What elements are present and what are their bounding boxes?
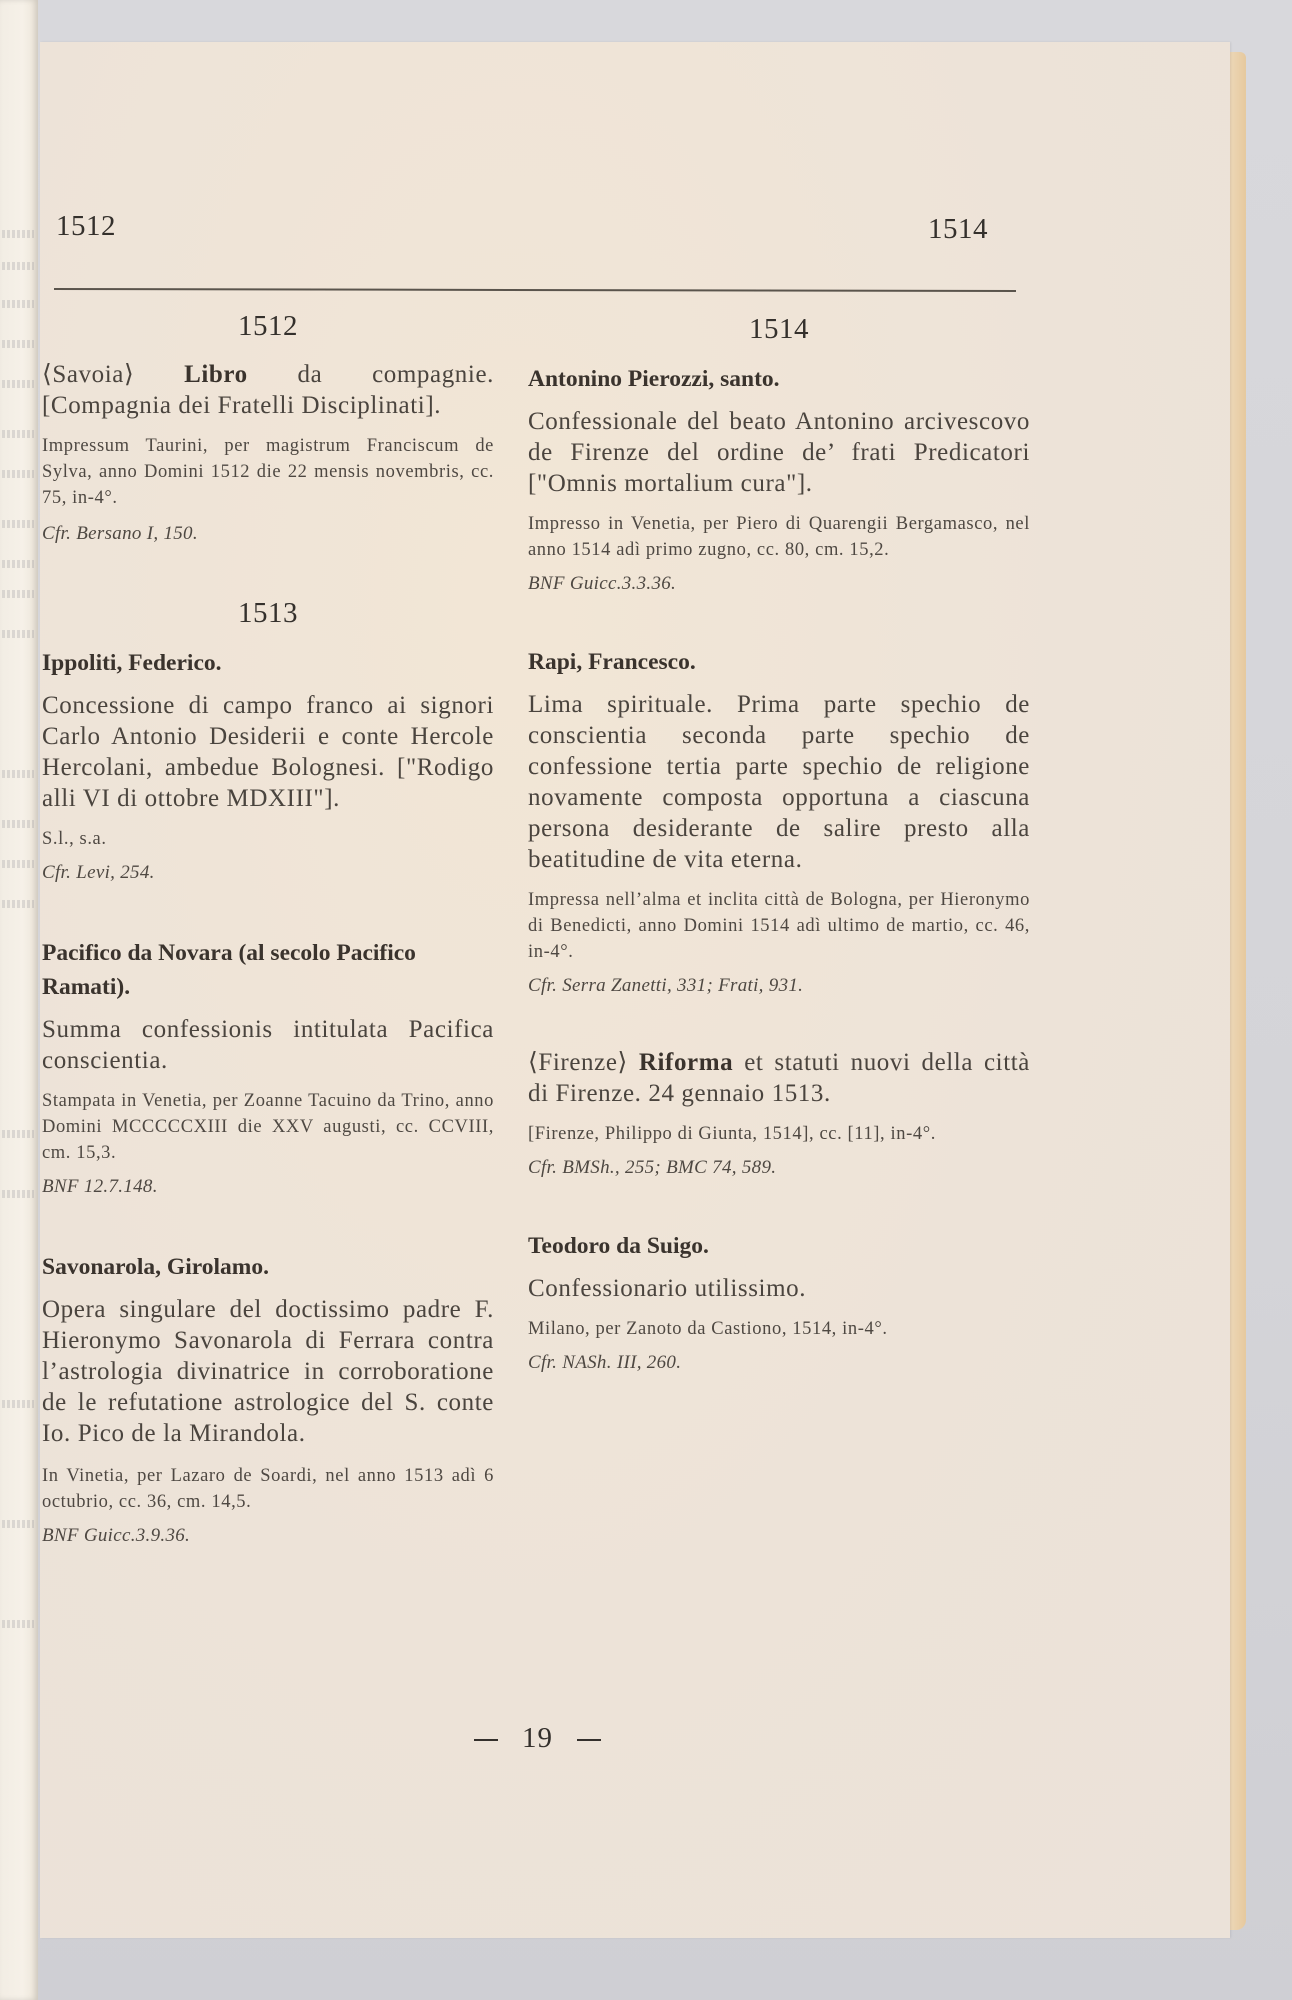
entry-imprint: Impressum Taurini, per magistrum Francis…	[42, 433, 494, 511]
entry-author: Teodoro da Suigo.	[528, 1229, 1030, 1263]
entry-imprint: Impresso in Venetia, per Piero di Quaren…	[528, 511, 1030, 563]
entry-citation: BNF Guicc.3.3.36.	[528, 573, 1030, 595]
entry-citation: BNF Guicc.3.9.36.	[42, 1525, 494, 1547]
year-heading: 1513	[42, 597, 494, 630]
entry-title: Summa confessionis intitulata Pacifica c…	[42, 1014, 494, 1076]
entry-imprint: In Vinetia, per Lazaro de Soardi, nel an…	[42, 1463, 494, 1515]
entry-citation: Cfr. Levi, 254.	[42, 862, 494, 884]
entry-prefix: ⟨Savoia⟩	[42, 361, 134, 388]
entry-title-bold: Libro	[184, 361, 248, 388]
entry-title: Concessione di campo franco ai signori C…	[42, 690, 494, 814]
entry-imprint: S.l., s.a.	[42, 826, 494, 852]
entry-imprint: Impressa nell’alma et inclita città de B…	[528, 887, 1030, 965]
header-rule	[54, 288, 1016, 292]
adjacent-left-page-edge	[0, 0, 38, 2000]
entry-author: Antonino Pierozzi, santo.	[528, 362, 1030, 396]
entry-title: Opera singulare del doctissimo padre F. …	[42, 1294, 494, 1449]
entry-title: Confessionario utilissimo.	[528, 1273, 1030, 1304]
entry-author: Savonarola, Girolamo.	[42, 1250, 494, 1284]
folio-number: 19	[522, 1722, 553, 1754]
catalog-entry: Pacifico da Novara (al secolo Pacifico R…	[42, 936, 494, 1198]
entry-prefix: ⟨Firenze⟩	[528, 1049, 628, 1076]
page-number: 19	[450, 1722, 625, 1755]
catalog-entry: Ippoliti, Federico. Concessione di campo…	[42, 646, 494, 884]
folio-dash	[474, 1739, 498, 1741]
book-page: 1512 1514 1512 ⟨Savoia⟩ Libro da compagn…	[40, 42, 1230, 1938]
catalog-entry: ⟨Savoia⟩ Libro da compagnie. [Compagnia …	[42, 359, 494, 545]
entry-author: Rapi, Francesco.	[528, 645, 1030, 679]
year-heading: 1512	[42, 310, 494, 343]
entry-title: ⟨Firenze⟩ Riforma et statuti nuovi della…	[528, 1047, 1030, 1109]
entry-author: Pacifico da Novara (al secolo Pacifico R…	[42, 936, 494, 1004]
entry-author: Ippoliti, Federico.	[42, 646, 494, 680]
entry-title: Lima spirituale. Prima parte spechio de …	[528, 689, 1030, 875]
folio-dash	[577, 1739, 601, 1741]
left-column: 1512 ⟨Savoia⟩ Libro da compagnie. [Compa…	[42, 304, 494, 1547]
catalog-entry: Rapi, Francesco. Lima spirituale. Prima …	[528, 645, 1030, 997]
year-heading: 1514	[528, 313, 1030, 346]
entry-imprint: Milano, per Zanoto da Castiono, 1514, in…	[528, 1316, 1030, 1342]
entry-imprint: Stampata in Venetia, per Zoanne Tacuino …	[42, 1088, 494, 1166]
entry-citation: Cfr. NASh. III, 260.	[528, 1352, 1030, 1374]
entry-title: ⟨Savoia⟩ Libro da compagnie. [Compagnia …	[42, 359, 494, 421]
entry-citation: Cfr. Serra Zanetti, 331; Frati, 931.	[528, 975, 1030, 997]
entry-citation: Cfr. Bersano I, 150.	[42, 523, 494, 545]
entry-citation: BNF 12.7.148.	[42, 1176, 494, 1198]
entry-title: Confessionale del beato Antonino arcives…	[528, 406, 1030, 499]
right-column: 1514 Antonino Pierozzi, santo. Confessio…	[528, 307, 1030, 1374]
running-head-left: 1512	[56, 210, 116, 243]
running-head-right: 1514	[928, 213, 988, 246]
catalog-entry: Antonino Pierozzi, santo. Confessionale …	[528, 362, 1030, 595]
entry-imprint: [Firenze, Philippo di Giunta, 1514], cc.…	[528, 1121, 1030, 1147]
catalog-entry: Teodoro da Suigo. Confessionario utiliss…	[528, 1229, 1030, 1374]
entry-citation: Cfr. BMSh., 255; BMC 74, 589.	[528, 1157, 1030, 1179]
catalog-entry: Savonarola, Girolamo. Opera singulare de…	[42, 1250, 494, 1547]
catalog-entry: ⟨Firenze⟩ Riforma et statuti nuovi della…	[528, 1047, 1030, 1179]
entry-title-bold: Riforma	[639, 1049, 733, 1076]
